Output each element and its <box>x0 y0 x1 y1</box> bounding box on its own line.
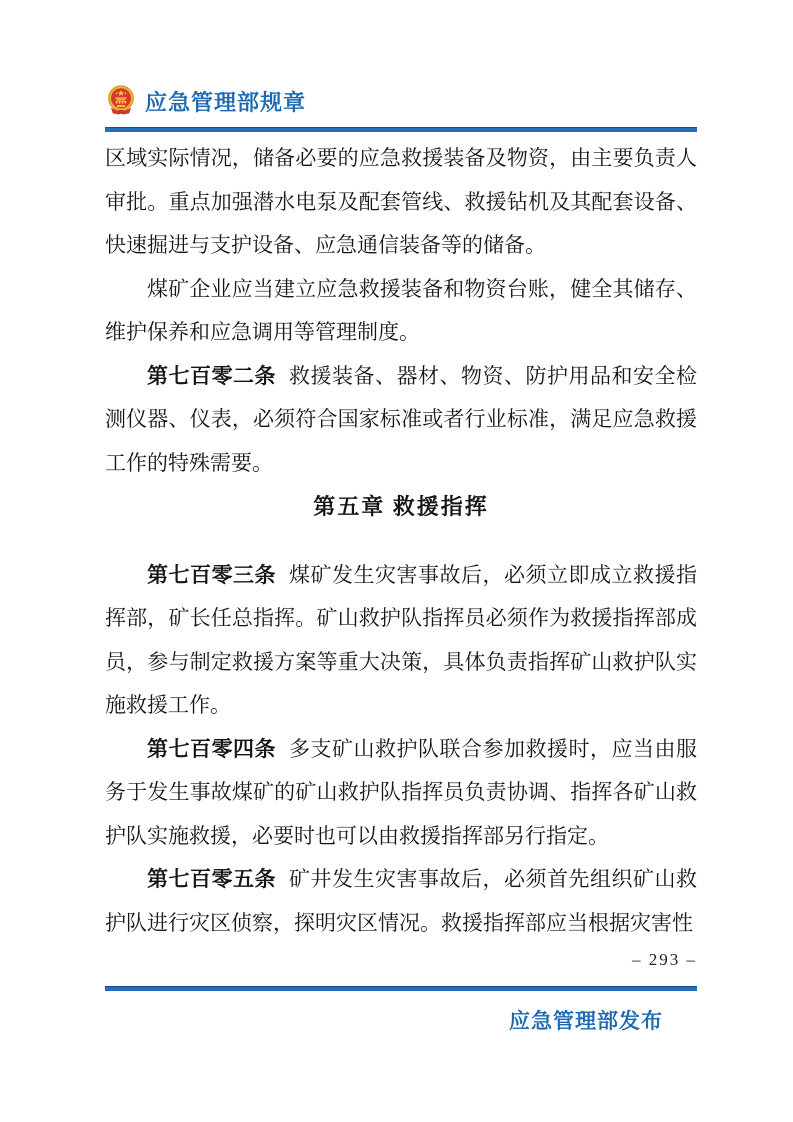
paragraph-article-705: 第七百零五条矿井发生灾害事故后，必须首先组织矿山救护队进行灾区侦察，探明灾区情况… <box>105 858 697 945</box>
paragraph-ledger: 煤矿企业应当建立应急救援装备和物资台账，健全其储存、维护保养和应急调用等管理制度… <box>105 268 697 355</box>
paragraph-article-702: 第七百零二条救援装备、器材、物资、防护用品和安全检测仪器、仪表，必须符合国家标准… <box>105 355 697 486</box>
document-body: 区域实际情况，储备必要的应急救援装备及物资，由主要负责人审批。重点加强潜水电泵及… <box>105 137 697 945</box>
article-702-number: 第七百零二条 <box>147 365 276 388</box>
article-704-number: 第七百零四条 <box>147 738 276 761</box>
chapter-heading: 第五章 救援指挥 <box>105 485 697 529</box>
header-rule <box>105 127 697 132</box>
publisher-label: 应急管理部发布 <box>509 1005 663 1035</box>
article-705-number: 第七百零五条 <box>147 868 276 891</box>
footer-rule <box>105 986 697 991</box>
paragraph-article-703: 第七百零三条煤矿发生灾害事故后，必须立即成立救援指挥部，矿长任总指挥。矿山救护队… <box>105 554 697 728</box>
document-page: 应急管理部规章 区域实际情况，储备必要的应急救援装备及物资，由主要负责人审批。重… <box>0 0 793 1122</box>
article-703-number: 第七百零三条 <box>147 564 276 587</box>
document-header-title: 应急管理部规章 <box>145 86 306 117</box>
paragraph-continued: 区域实际情况，储备必要的应急救援装备及物资，由主要负责人审批。重点加强潜水电泵及… <box>105 137 697 268</box>
page-number: – 293 – <box>632 950 697 970</box>
national-emblem-icon <box>105 84 137 118</box>
document-header: 应急管理部规章 <box>105 82 697 120</box>
paragraph-article-704: 第七百零四条多支矿山救护队联合参加救援时，应当由服务于发生事故煤矿的矿山救护队指… <box>105 728 697 859</box>
